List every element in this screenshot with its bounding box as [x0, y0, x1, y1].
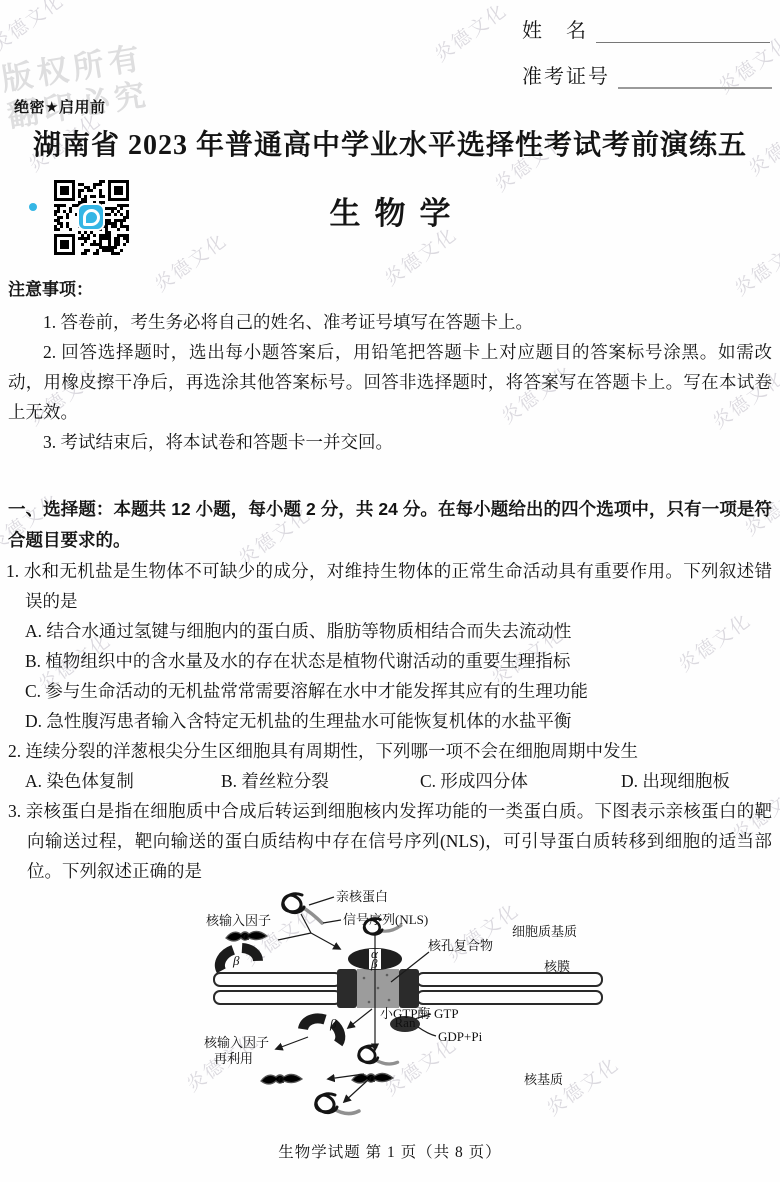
- notice-item-1: 1. 答卷前，考生务必将自己的姓名、准考证号填写在答题卡上。: [8, 307, 772, 337]
- question-1-option-b: B. 植物组织中的含水量及水的存在状态是植物代谢活动的重要生理指标: [8, 646, 772, 676]
- question-2-option-a: A. 染色体复制: [25, 766, 221, 796]
- qr-logo-glyph: [83, 209, 100, 226]
- question-2: 2. 连续分裂的洋葱根尖分生区细胞具有周期性，下列哪一项不会在细胞周期中发生 A…: [8, 736, 772, 796]
- notice-item-3: 3. 考试结束后，将本试卷和答题卡一并交回。: [8, 427, 772, 457]
- notice-block: 注意事项： 1. 答卷前，考生务必将自己的姓名、准考证号填写在答题卡上。 2. …: [8, 275, 772, 457]
- name-field-label: 姓 名: [522, 14, 588, 43]
- nucleoprotein-coil-top: [283, 894, 322, 923]
- question-2-option-c: C. 形成四分体: [420, 766, 621, 796]
- alpha-label-1: α: [243, 928, 251, 943]
- section-one-heading: 一、选择题：本题共 12 小题，每小题 2 分，共 24 分。在每小题给出的四个…: [8, 494, 772, 556]
- cyan-dot-mark: [29, 203, 37, 211]
- question-3: 3. 亲核蛋白是指在细胞质中合成后转运到细胞核内发挥功能的一类蛋白质。下图表示亲…: [8, 796, 772, 886]
- nuclear-pore-complex-shape: [337, 969, 419, 1008]
- question-1-stem: 1. 水和无机盐是生物体不可缺少的成分，对维持生物体的正常生命活动具有重要作用。…: [8, 556, 772, 616]
- beta-importin-shape-recycled: [303, 1013, 346, 1046]
- qr-center-logo: [79, 205, 103, 229]
- beta-label-pore: β: [370, 956, 378, 971]
- beta-label-1: β: [232, 953, 240, 968]
- nucleoprotein-coil-released: [316, 1094, 359, 1114]
- question-1-option-a: A. 结合水通过氢键与细胞内的蛋白质、脂肪等物质相结合而失去流动性: [8, 616, 772, 646]
- notice-heading: 注意事项：: [8, 275, 772, 305]
- brand-watermark: 炎德文化: [428, 0, 512, 67]
- small-gtpase-label: 小GTP酶: [380, 1006, 431, 1021]
- signal-sequence-label: 信号序列(NLS): [343, 912, 428, 927]
- question-1: 1. 水和无机盐是生物体不可缺少的成分，对维持生物体的正常生命活动具有重要作用。…: [8, 556, 772, 736]
- secrecy-label: 绝密★启用前: [14, 96, 105, 117]
- nucleoprotein-coil-in-nucleus: [359, 1046, 398, 1064]
- question-3-stem: 3. 亲核蛋白是指在细胞质中合成后转运到细胞核内发挥功能的一类蛋白质。下图表示亲…: [8, 796, 772, 886]
- exam-title: 湖南省 2023 年普通高中学业水平选择性考试考前演练五: [0, 123, 780, 163]
- reuse-label-line1: 核输入因子: [204, 1035, 269, 1050]
- gtp-label: GTP: [434, 1006, 459, 1021]
- question-2-option-d: D. 出现细胞板: [621, 766, 772, 796]
- question-3-diagram: α α α β β α β Ran: [188, 878, 608, 1135]
- name-field-row: 姓 名: [522, 14, 770, 43]
- question-1-option-d: D. 急性腹泻患者输入含特定无机盐的生理盐水可能恢复机体的水盐平衡: [8, 706, 772, 736]
- import-factor-label: 核输入因子: [206, 913, 271, 928]
- name-field-blank-line: [596, 18, 770, 43]
- brand-watermark: 炎德文化: [0, 0, 69, 57]
- alpha-label-2: α: [278, 1071, 286, 1086]
- nucleoprotein-label: 亲核蛋白: [336, 889, 388, 904]
- alpha-label-3: α: [369, 1070, 377, 1085]
- question-1-option-c: C. 参与生命活动的无机盐常常需要溶解在水中才能发挥其应有的生理功能: [8, 676, 772, 706]
- gdp-pi-label: GDP+Pi: [438, 1029, 483, 1044]
- cytoplasm-matrix-label: 细胞质基质: [512, 924, 577, 939]
- nuclear-matrix-label: 核基质: [524, 1072, 563, 1087]
- question-2-stem: 2. 连续分裂的洋葱根尖分生区细胞具有周期性，下列哪一项不会在细胞周期中发生: [8, 736, 772, 766]
- ticket-field-label: 准考证号: [522, 60, 610, 89]
- pore-complex-label: 核孔复合物: [428, 938, 493, 953]
- question-2-option-b: B. 着丝粒分裂: [221, 766, 420, 796]
- exam-paper-page: 炎德文化炎德文化炎德文化炎德文化炎德文化炎德文化炎德文化炎德文化炎德文化炎德文化…: [0, 0, 780, 1182]
- notice-item-2: 2. 回答选择题时，选出每小题答案后，用铅笔把答题卡上对应题目的答案标号涂黑。如…: [8, 337, 772, 427]
- beta-label-2: β: [329, 1016, 337, 1031]
- reuse-label-line2: 再利用: [214, 1051, 253, 1066]
- ticket-field-blank-line: [618, 63, 772, 89]
- footer-page-number: 生物学试题 第 1 页（共 8 页）: [0, 1140, 780, 1162]
- question-2-options-row: A. 染色体复制 B. 着丝粒分裂 C. 形成四分体 D. 出现细胞板: [8, 766, 772, 796]
- ticket-field-row: 准考证号: [522, 60, 772, 89]
- nuclear-membrane-label: 核膜: [544, 959, 570, 974]
